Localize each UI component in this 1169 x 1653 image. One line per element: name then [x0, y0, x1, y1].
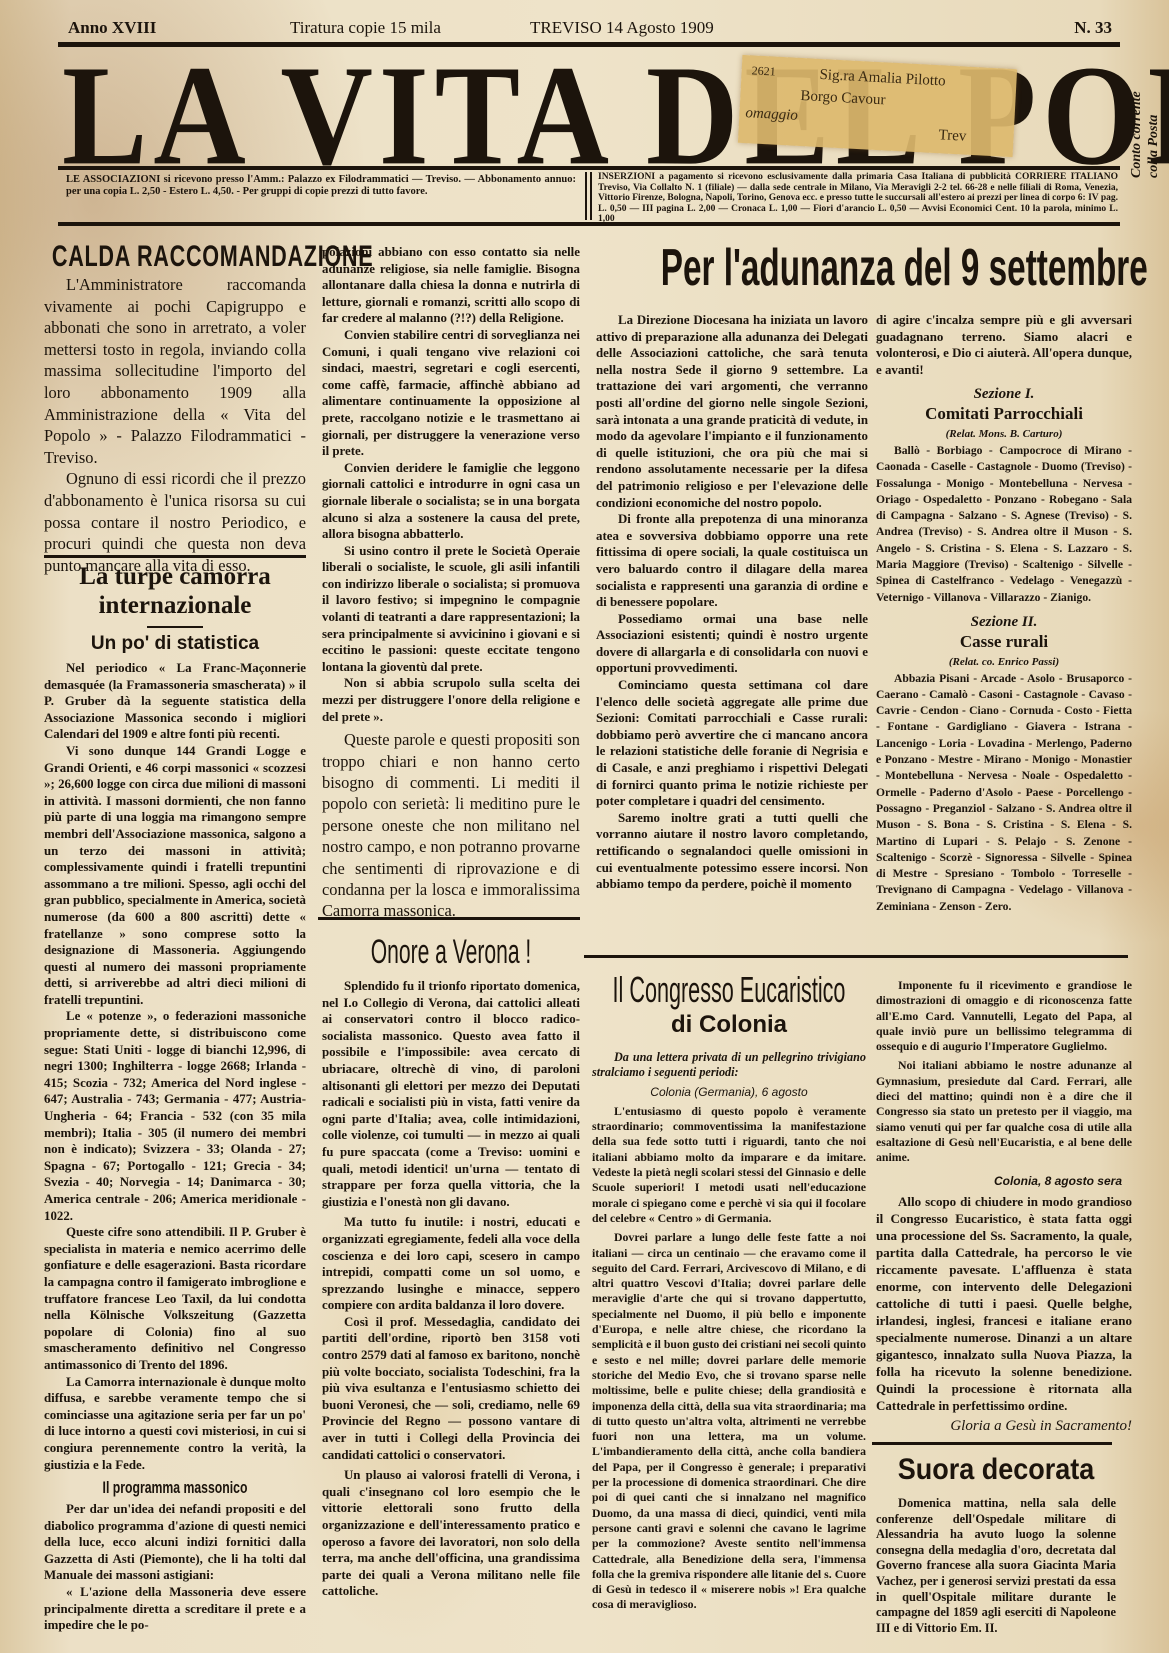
paragraph: Dovrei parlare a lungo delle feste fatte… — [592, 1230, 866, 1612]
article-congresso-eucaristico: Il Congresso Eucaristico di Colonia Da u… — [592, 970, 866, 1613]
paragraph: Si usino contro il prete le Società Oper… — [322, 543, 580, 676]
label-city: Trev — [938, 127, 967, 145]
divider — [584, 955, 1128, 958]
divider — [872, 1442, 1112, 1445]
section-label: Sezione I. — [876, 386, 1132, 403]
paragraph: Possediamo ormai una base nelle Associaz… — [596, 611, 868, 677]
divider — [147, 626, 203, 628]
divider — [590, 172, 592, 220]
divider — [58, 166, 1120, 170]
paragraph: polazioni abbiano con esso contatto sia … — [322, 244, 580, 327]
advertising-notice: INSERZIONI a pagamento si ricevono esclu… — [598, 172, 1118, 225]
intro: Da una lettera privata di un pellegrino … — [592, 1050, 866, 1081]
postal-note: Conto corrente colla Posta — [1128, 78, 1168, 178]
paragraph: Domenica mattina, nella sala delle confe… — [876, 1496, 1116, 1636]
paragraph: Imponente fu il ricevimento e grandiose … — [876, 978, 1132, 1054]
section-list: Abbazia Pisani - Arcade - Asolo - Brusap… — [876, 671, 1132, 915]
divider — [585, 172, 587, 220]
subheadline: Il programma massonico — [59, 1477, 291, 1499]
paragraph: Vi sono dunque 144 Grandi Logge e Grandi… — [44, 743, 306, 1009]
article-adunanza-col2: di agire c'incalza sempre più e gli avve… — [876, 312, 1132, 915]
paragraph: Cominciamo questa settimana col dare l'e… — [596, 677, 868, 810]
paragraph: Così il prof. Messedaglia, candidato dei… — [322, 1314, 580, 1463]
section-list: Ballò - Borbiago - Campocroce di Mirano … — [876, 443, 1132, 606]
headline: CALDA RACCOMANDAZIONE — [52, 240, 298, 274]
newspaper-page: Anno XVIII Tiratura copie 15 mila TREVIS… — [0, 0, 1169, 1653]
divider — [58, 222, 1120, 226]
article-turpe-camorra: La turpe camorra internazionale Un po' d… — [44, 562, 306, 1634]
paragraph: Noi italiani abbiamo le nostre adunanze … — [876, 1058, 1132, 1165]
paragraph: Nel periodico « La Franc-Maçonnerie dema… — [44, 660, 306, 743]
paragraph: L'Amministratore raccomanda vivamente ai… — [44, 274, 306, 468]
section-title: Comitati Parrocchiali — [876, 403, 1132, 425]
paragraph: di agire c'incalza sempre più e gli avve… — [876, 312, 1132, 378]
article-onore-verona: Onore a Verona ! Splendido fu il trionfo… — [322, 932, 580, 1600]
paragraph: Le « potenze », o federazioni massoniche… — [44, 1008, 306, 1224]
paragraph: « L'azione della Massoneria deve essere … — [44, 1584, 306, 1634]
label-code: 2621 — [751, 63, 776, 79]
headline: Il Congresso Eucaristico — [611, 970, 847, 1010]
paragraph: La Direzione Diocesana ha iniziata un la… — [596, 312, 868, 511]
paragraph: Non si abbia scrupolo sulla scelta dei m… — [322, 675, 580, 725]
headline: La turpe camorra internazionale — [44, 562, 306, 620]
label-note: omaggio — [745, 105, 798, 125]
paragraph: Convien stabilire centri di sorveglianza… — [322, 327, 580, 460]
address-label: 2621 Sig.ra Amalia Pilotto Borgo Cavour … — [738, 55, 1017, 157]
article-calda-raccomandazione: CALDA RACCOMANDAZIONE L'Amministratore r… — [44, 240, 306, 576]
article-suora-decorata: Suora decorata Domenica mattina, nella s… — [876, 1452, 1116, 1636]
paragraph: Ognuno di essi ricordi che il prezzo d'a… — [44, 468, 306, 576]
paragraph: L'entusiasmo di questo popolo è verament… — [592, 1104, 866, 1226]
paragraph: La Camorra internazionale è dunque molto… — [44, 1374, 306, 1474]
postal-note-line1: Conto corrente — [1128, 78, 1145, 178]
section-rapporteur: (Relat. co. Enrico Passi) — [876, 653, 1132, 671]
article-camorra-continued: polazioni abbiano con esso contatto sia … — [322, 244, 580, 922]
paragraph: Queste parole e questi propositi son tro… — [322, 729, 580, 922]
headline: Onore a Verona ! — [346, 932, 556, 972]
dateline: Colonia (Germania), 6 agosto — [592, 1085, 866, 1100]
section-rapporteur: (Relat. Mons. B. Carturo) — [876, 425, 1132, 443]
paragraph: Per dar un'idea dei nefandi propositi e … — [44, 1501, 306, 1584]
paragraph: Allo scopo di chiudere in modo grandioso… — [876, 1193, 1132, 1414]
paragraph: Ma tutto fu inutile: i nostri, educati e… — [322, 1214, 580, 1314]
article-adunanza-col1: La Direzione Diocesana ha iniziata un la… — [596, 312, 868, 893]
section-label: Sezione II. — [876, 614, 1132, 631]
postal-note-line2: colla Posta — [1145, 78, 1162, 178]
subscriptions-notice: LE ASSOCIAZIONI si ricevono presso l'Amm… — [66, 174, 576, 198]
paragraph: Di fronte alla prepotenza di una minoran… — [596, 511, 868, 611]
dateline: Colonia, 8 agosto sera — [876, 1174, 1122, 1189]
paragraph: Queste cifre sono attendibili. Il P. Gru… — [44, 1224, 306, 1373]
paragraph: Saremo inoltre grati a tutti quelli che … — [596, 810, 868, 893]
divider — [318, 917, 580, 920]
article-congresso-continued: Imponente fu il ricevimento e grandiose … — [876, 978, 1132, 1436]
headline: Suora decorata — [888, 1452, 1104, 1488]
headline-adunanza: Per l'adunanza del 9 settembre — [661, 238, 1019, 298]
closing-line: Gloria a Gesù in Sacramento! — [876, 1416, 1132, 1436]
paragraph: Splendido fu il trionfo riportato domeni… — [322, 978, 580, 1210]
label-street: Borgo Cavour — [800, 88, 886, 109]
section-title: Casse rurali — [876, 631, 1132, 653]
subheadline: Un po' di statistica — [44, 632, 306, 656]
paragraph: Convien deridere le famiglie che leggono… — [322, 460, 580, 543]
label-recipient: Sig.ra Amalia Pilotto — [819, 67, 946, 91]
divider — [44, 555, 306, 558]
paragraph: Un plauso ai valorosi fratelli di Verona… — [322, 1467, 580, 1600]
subheadline: di Colonia — [592, 1010, 866, 1040]
